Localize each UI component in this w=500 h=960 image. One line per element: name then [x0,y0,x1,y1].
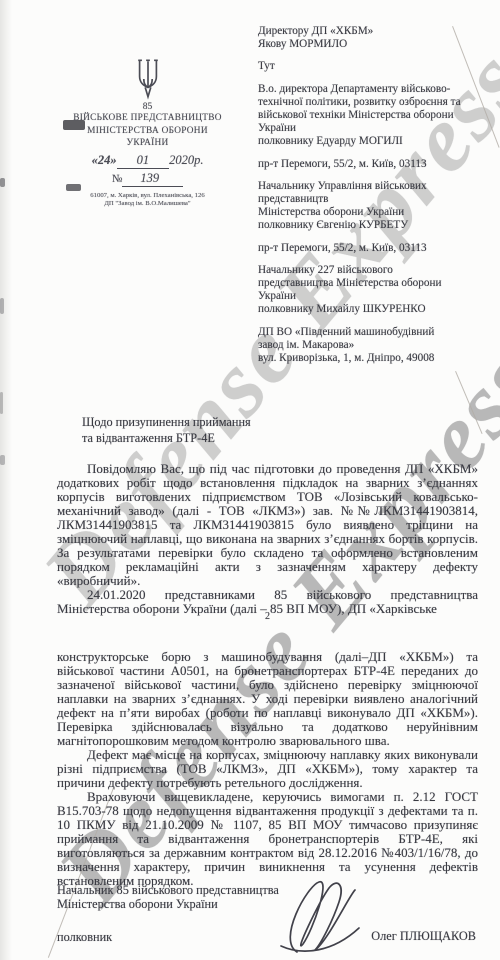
stamp-date-year: 2020р. [169,153,203,167]
recipient-acting-director-department: В.о. директора Департаменту військово- т… [258,83,493,149]
recipient-line: військової техніки Міністерства оборони [258,109,493,122]
recipient-line: Начальнику Управління військових [258,180,493,193]
recipient-head-227-representation: Начальнику 227 військового представництв… [258,264,493,317]
military-representation-stamp: 85 ВІЙСЬКОВЕ ПРЕДСТАВНИЦТВО МІНІСТЕРСТВА… [55,58,240,208]
recipient-line: вул. Криворізька, 1, м. Дніпро, 49008 [258,352,493,365]
recipients-column: Директору ДП «ХКБМ» Якову МОРМИЛО Тут В.… [258,25,493,374]
signer-title-line-2: Міністерства оборони України [57,898,478,912]
subject-line-2: та відвантаження БТР-4Е [82,431,251,447]
recipient-line: представництва Міністерства оборони [258,277,493,290]
recipient-line: України [258,122,493,135]
stamp-date-row: «24»012020р. [55,153,240,169]
ink-smudge [63,120,85,130]
scan-smudge [0,298,4,314]
subject-line-1: Щодо призупинення приймання [82,415,251,431]
body-paragraph: конструкторське борю з машинобудування (… [57,650,478,748]
letter-subject: Щодо призупинення приймання та відвантаж… [82,415,251,446]
stamp-number-value: 139 [136,171,163,187]
signature-block: Начальник 85 військового представництва … [57,884,478,944]
recipient-line: полковнику Михайлу ШКУРЕНКО [258,303,493,316]
recipient-line: Начальнику 227 військового [258,264,493,277]
recipient-address-kyiv-2: пр-т Перемоги, 55/2, м. Київ, 03113 [258,242,493,255]
recipient-here-note: Тут [258,60,493,73]
body-text-page-1: Повідомляю Вас, що під час підготовки до… [57,462,478,616]
recipient-line: представництв [258,193,493,206]
stamp-date-month: 01 [133,153,154,169]
stamp-address-line-2: ДП "Завод ім. В.О.Малишева" [55,200,240,208]
page-number: 2 [57,611,478,622]
stamp-org-line-3: УКРАЇНИ [55,138,240,150]
body-paragraph: Повідомляю Вас, що під час підготовки до… [57,462,478,588]
scan-smudge [0,392,3,414]
recipient-line: ДП ВО «Південний машинобудівний [258,326,493,339]
stamp-address: 61007, м. Харків, вул. Плеханівська, 126… [55,192,240,208]
recipient-line: Якову МОРМИЛО [258,38,493,51]
recipient-line: Директору ДП «ХКБМ» [258,25,493,38]
recipient-line: Міністерства оборони України [258,206,493,219]
stamp-number-row: №139 [55,171,240,187]
signer-title-line-1: Начальник 85 військового представництва [57,884,478,898]
stamp-number-label: № [112,173,123,185]
stamp-unit-number: 85 [55,102,240,112]
body-paragraph: Дефект має місце на корпусах, зміцнюючу … [57,748,478,790]
ink-smudge [66,184,81,191]
ukraine-trident-icon [134,58,162,100]
recipient-line: завод ім. Макарова» [258,339,493,352]
scan-crease-line [455,371,483,434]
recipient-line: полковнику Євгенію КУРБЕТУ [258,219,493,232]
scan-smudge [0,178,5,187]
recipient-line: полковнику Едуарду МОГИЛІ [258,135,493,148]
body-text-page-2: конструкторське борю з машинобудування (… [57,650,478,888]
recipient-line: В.о. директора Департаменту військово- [258,83,493,96]
recipient-line: технічної політики, розвитку озброєння т… [258,96,493,109]
stamp-address-line-1: 61007, м. Харків, вул. Плеханівська, 126 [55,192,240,200]
recipient-line: Тут [258,60,493,73]
stamp-date-day: «24» [92,153,117,167]
handwritten-signature [269,876,365,958]
recipient-head-directorate: Начальнику Управління військових предста… [258,180,493,233]
body-paragraph: Враховуючи вищевикладене, керуючись вимо… [57,790,478,888]
scan-smudge [0,455,5,465]
recipient-line: пр-т Перемоги, 55/2, м. Київ, 03113 [258,158,493,171]
signer-name: Олег ПЛЮЩАКОВ [371,930,476,944]
scan-edge-shade [0,0,12,960]
recipient-director-khkbm: Директору ДП «ХКБМ» Якову МОРМИЛО [258,25,493,51]
scanned-letter-page: Defense Express Defense Express 85 ВІЙСЬ… [0,0,500,960]
recipient-line: України [258,290,493,303]
recipient-line: пр-т Перемоги, 55/2, м. Київ, 03113 [258,242,493,255]
recipient-pivdenmash: ДП ВО «Південний машинобудівний завод ім… [258,326,493,366]
recipient-address-kyiv: пр-т Перемоги, 55/2, м. Київ, 03113 [258,158,493,171]
